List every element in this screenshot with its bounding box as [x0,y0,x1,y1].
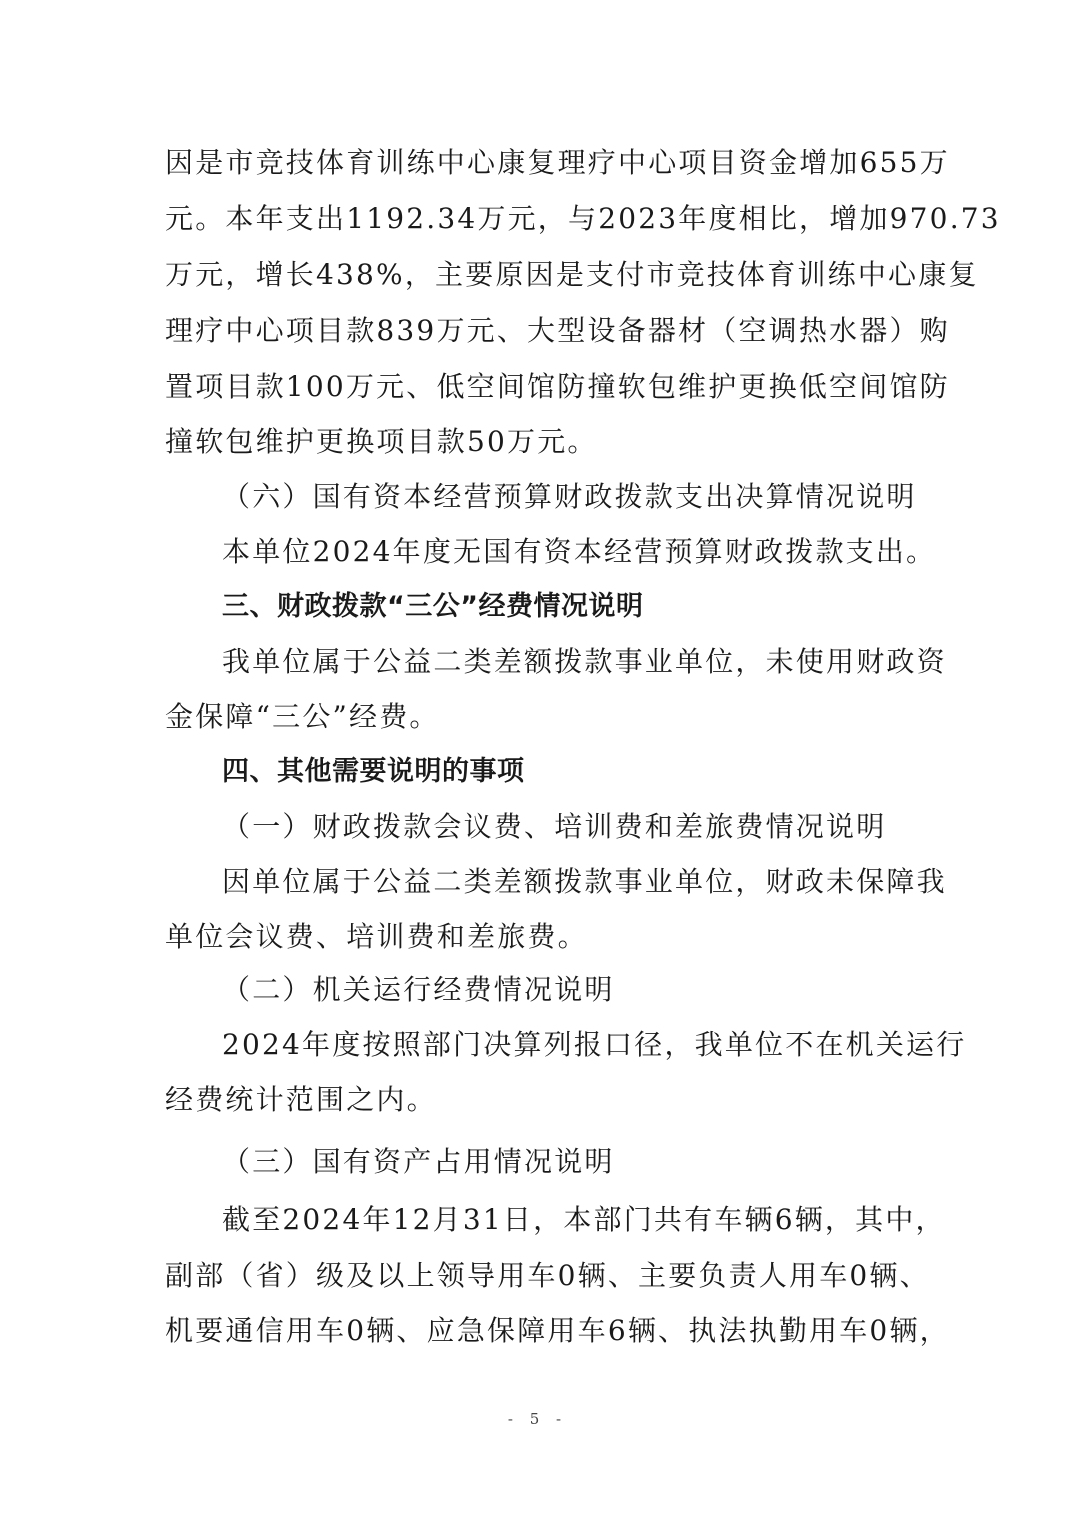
paragraph-line: 本单位2024年度无国有资本经营预算财政拨款支出。 [222,532,915,572]
paragraph-line: 2024年度按照部门决算列报口径，我单位不在机关运行 [222,1025,915,1065]
paragraph-line: 因是市竞技体育训练中心康复理疗中心项目资金增加655万 [165,143,915,183]
paragraph-line: 置项目款100万元、低空间馆防撞软包维护更换低空间馆防 [165,367,915,407]
subsection-heading-2: （二）机关运行经费情况说明 [222,970,915,1010]
subsection-heading-6: （六）国有资本经营预算财政拨款支出决算情况说明 [222,477,915,517]
page-number: - 5 - [0,1410,1075,1428]
section-heading-3: 三、财政拨款“三公”经费情况说明 [222,587,915,627]
paragraph-line: 单位会议费、培训费和差旅费。 [165,917,915,957]
paragraph-line: 撞软包维护更换项目款50万元。 [165,422,915,462]
subsection-heading-3: （三）国有资产占用情况说明 [222,1142,915,1182]
section-heading-4: 四、其他需要说明的事项 [222,752,915,792]
paragraph-line: 我单位属于公益二类差额拨款事业单位，未使用财政资 [222,642,915,682]
paragraph-line: 理疗中心项目款839万元、大型设备器材（空调热水器）购 [165,311,915,351]
paragraph-line: 金保障“三公”经费。 [165,697,915,737]
paragraph-line: 经费统计范围之内。 [165,1080,915,1120]
document-page: 因是市竞技体育训练中心康复理疗中心项目资金增加655万 元。本年支出1192.3… [0,0,1075,1520]
paragraph-line: 万元，增长438%，主要原因是支付市竞技体育训练中心康复 [165,255,915,295]
subsection-heading-1: （一）财政拨款会议费、培训费和差旅费情况说明 [222,807,915,847]
paragraph-line: 元。本年支出1192.34万元，与2023年度相比，增加970.73 [165,199,915,239]
paragraph-line: 因单位属于公益二类差额拨款事业单位，财政未保障我 [222,862,915,902]
paragraph-line: 截至2024年12月31日，本部门共有车辆6辆，其中， [222,1200,915,1240]
paragraph-line: 副部（省）级及以上领导用车0辆、主要负责人用车0辆、 [165,1256,915,1296]
paragraph-line: 机要通信用车0辆、应急保障用车6辆、执法执勤用车0辆， [165,1311,915,1351]
